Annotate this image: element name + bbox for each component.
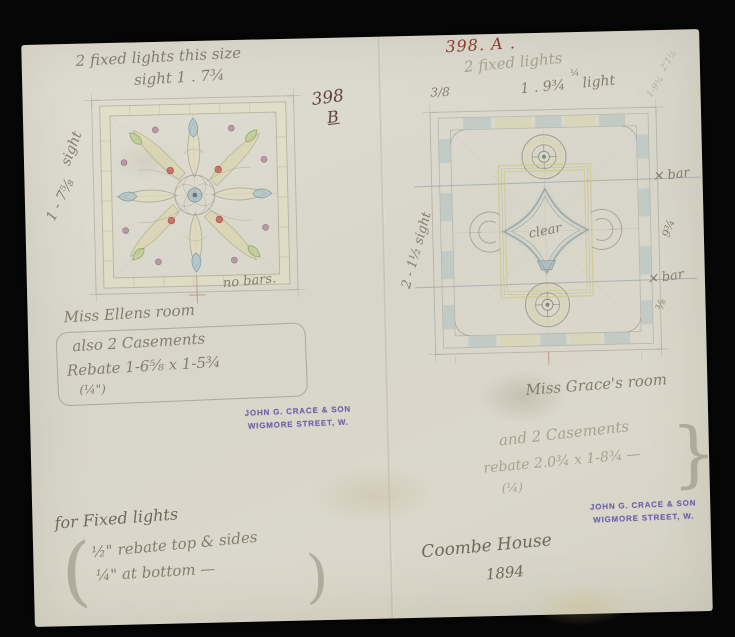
dim-three-eighths: 3/8 xyxy=(430,85,450,99)
note-quarter-left: (¼") xyxy=(79,382,106,397)
crace-stamp-left: JOHN G. CRACE & SON WIGMORE STREET, W. xyxy=(228,402,369,434)
drawing-sheet: 2 fixed lights this size sight 1 . 7¾ 39… xyxy=(21,29,713,627)
crace-stamp-right: JOHN G. CRACE & SON WIGMORE STREET, W. xyxy=(578,496,709,527)
right-casement-brace: } xyxy=(670,411,718,496)
fixed-lights-paren-right: ) xyxy=(305,542,329,611)
dim-light-width: 1 . 9¾ ¼ light xyxy=(520,72,616,97)
paper-stain xyxy=(309,463,440,526)
clear-glass-label: clear xyxy=(527,221,563,242)
geometric-panel-drawing: clear xyxy=(423,100,669,368)
central-rosette xyxy=(174,175,215,216)
corner-scribble-1: 2'1½ xyxy=(659,49,680,73)
note-sight-dimension: sight 1 . 7¾ xyxy=(134,66,225,89)
note-rebate-right: rebate 2.0¾ x 1-8¾ — xyxy=(483,446,642,477)
ref-398: 398 xyxy=(310,86,345,110)
center-fold-crease xyxy=(377,37,394,619)
title-year: 1894 xyxy=(485,562,525,583)
reference-number-398a: 398. A . xyxy=(445,33,516,56)
note-ellens-room: Miss Ellens room xyxy=(63,301,195,327)
note-graces-room: Miss Grace's room xyxy=(525,370,668,399)
note-quarter-at-bottom: ¼" at bottom — xyxy=(95,560,216,585)
dim-light-sup: ¼ xyxy=(570,68,580,79)
fixed-lights-paren-left: ( xyxy=(61,526,93,616)
dim-light-word: light xyxy=(582,72,616,91)
corner-scribble-2: 1-9¾ xyxy=(645,75,666,100)
note-and-casements: and 2 Casements xyxy=(498,417,630,449)
note-quarter-right: (¼) xyxy=(502,480,523,494)
top-circle-motif xyxy=(522,134,567,179)
paper-stain xyxy=(532,583,633,627)
title-house: Coombe House xyxy=(421,530,553,562)
photograph-background: 2 fixed lights this size sight 1 . 7¾ 39… xyxy=(0,0,735,637)
side-note-sight: sight xyxy=(58,129,85,168)
dim-light-value: 1 . 9¾ xyxy=(520,77,566,97)
ref-letter-b: B xyxy=(326,106,348,127)
note-rebate-top-sides: ½" rebate top & sides xyxy=(91,528,259,561)
bottom-circle-motif xyxy=(525,282,570,327)
side-note-dim: 1 - 7⅝ xyxy=(43,176,77,223)
reference-number-398b: 398 B xyxy=(310,86,347,129)
